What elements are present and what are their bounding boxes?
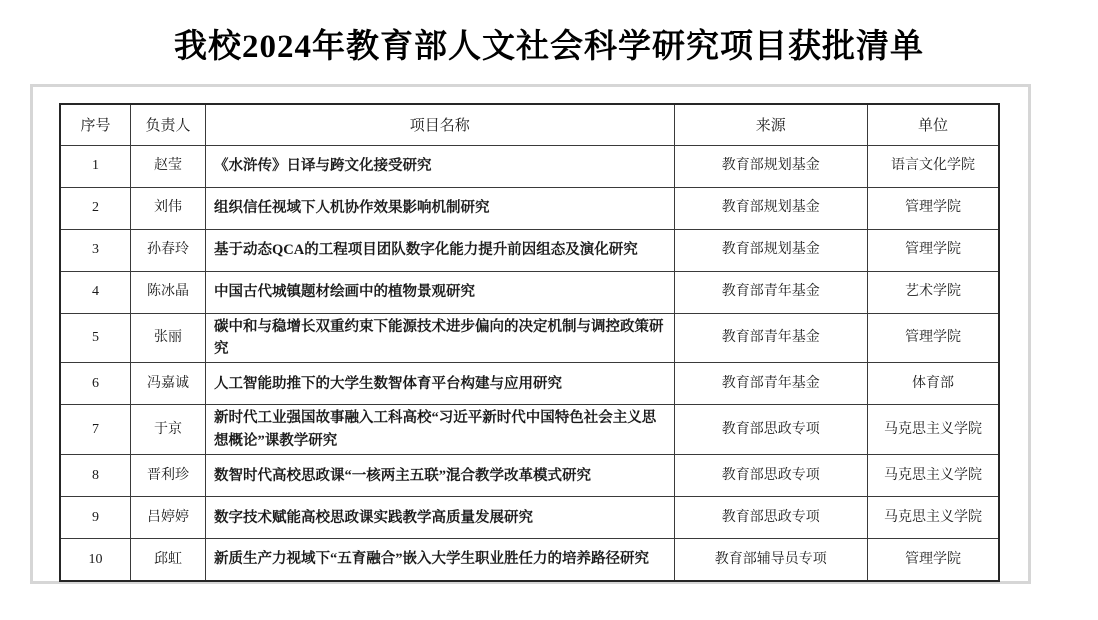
table-body: 1 赵莹 《水浒传》日译与跨文化接受研究 教育部规划基金 语言文化学院 2 刘伟… <box>60 145 999 581</box>
cell-row-number: 3 <box>60 229 130 271</box>
cell-row-number: 8 <box>60 455 130 497</box>
table-row: 8 晋利珍 数智时代高校思政课“一核两主五联”混合教学改革模式研究 教育部思政专… <box>60 455 999 497</box>
cell-funding-source: 教育部辅导员专项 <box>674 539 867 581</box>
cell-leader-name: 晋利珍 <box>130 455 205 497</box>
cell-project-title: 《水浒传》日译与跨文化接受研究 <box>206 145 675 187</box>
cell-project-title: 碳中和与稳增长双重约束下能源技术进步偏向的决定机制与调控政策研究 <box>206 313 675 363</box>
table-row: 10 邱虹 新质生产力视域下“五育融合”嵌入大学生职业胜任力的培养路径研究 教育… <box>60 539 999 581</box>
cell-row-number: 5 <box>60 313 130 363</box>
cell-project-title: 中国古代城镇题材绘画中的植物景观研究 <box>206 271 675 313</box>
page-title: 我校2024年教育部人文社会科学研究项目获批清单 <box>0 20 1098 67</box>
cell-unit-name: 管理学院 <box>868 229 999 271</box>
cell-funding-source: 教育部青年基金 <box>674 363 867 405</box>
column-header-project: 项目名称 <box>206 104 675 145</box>
cell-unit-name: 管理学院 <box>868 187 999 229</box>
cell-row-number: 2 <box>60 187 130 229</box>
column-header-leader: 负责人 <box>130 104 205 145</box>
column-header-unit: 单位 <box>868 104 999 145</box>
cell-project-title: 人工智能助推下的大学生数智体育平台构建与应用研究 <box>206 363 675 405</box>
cell-project-title: 组织信任视域下人机协作效果影响机制研究 <box>206 187 675 229</box>
cell-row-number: 9 <box>60 497 130 539</box>
cell-leader-name: 陈冰晶 <box>130 271 205 313</box>
cell-leader-name: 刘伟 <box>130 187 205 229</box>
cell-leader-name: 张丽 <box>130 313 205 363</box>
table-row: 4 陈冰晶 中国古代城镇题材绘画中的植物景观研究 教育部青年基金 艺术学院 <box>60 271 999 313</box>
cell-leader-name: 冯嘉诚 <box>130 363 205 405</box>
cell-funding-source: 教育部规划基金 <box>674 145 867 187</box>
table-row: 6 冯嘉诚 人工智能助推下的大学生数智体育平台构建与应用研究 教育部青年基金 体… <box>60 363 999 405</box>
table-row: 7 于京 新时代工业强国故事融入工科高校“习近平新时代中国特色社会主义思想概论”… <box>60 405 999 455</box>
table-row: 3 孙春玲 基于动态QCA的工程项目团队数字化能力提升前因组态及演化研究 教育部… <box>60 229 999 271</box>
table-row: 9 吕婷婷 数字技术赋能高校思政课实践教学高质量发展研究 教育部思政专项 马克思… <box>60 497 999 539</box>
table-row: 2 刘伟 组织信任视域下人机协作效果影响机制研究 教育部规划基金 管理学院 <box>60 187 999 229</box>
cell-leader-name: 邱虹 <box>130 539 205 581</box>
column-header-source: 来源 <box>674 104 867 145</box>
cell-leader-name: 于京 <box>130 405 205 455</box>
cell-unit-name: 马克思主义学院 <box>868 405 999 455</box>
cell-unit-name: 马克思主义学院 <box>868 455 999 497</box>
table-header-row: 序号 负责人 项目名称 来源 单位 <box>60 104 999 145</box>
content-frame: 序号 负责人 项目名称 来源 单位 1 赵莹 《水浒传》日译与跨文化接受研究 教… <box>30 84 1031 584</box>
cell-unit-name: 马克思主义学院 <box>868 497 999 539</box>
cell-funding-source: 教育部青年基金 <box>674 271 867 313</box>
cell-funding-source: 教育部规划基金 <box>674 229 867 271</box>
cell-funding-source: 教育部思政专项 <box>674 497 867 539</box>
cell-row-number: 6 <box>60 363 130 405</box>
cell-row-number: 10 <box>60 539 130 581</box>
cell-unit-name: 语言文化学院 <box>868 145 999 187</box>
cell-leader-name: 赵莹 <box>130 145 205 187</box>
cell-project-title: 基于动态QCA的工程项目团队数字化能力提升前因组态及演化研究 <box>206 229 675 271</box>
cell-unit-name: 体育部 <box>868 363 999 405</box>
cell-project-title: 数字技术赋能高校思政课实践教学高质量发展研究 <box>206 497 675 539</box>
projects-table: 序号 负责人 项目名称 来源 单位 1 赵莹 《水浒传》日译与跨文化接受研究 教… <box>59 103 1000 582</box>
cell-project-title: 数智时代高校思政课“一核两主五联”混合教学改革模式研究 <box>206 455 675 497</box>
cell-project-title: 新质生产力视域下“五育融合”嵌入大学生职业胜任力的培养路径研究 <box>206 539 675 581</box>
table-row: 1 赵莹 《水浒传》日译与跨文化接受研究 教育部规划基金 语言文化学院 <box>60 145 999 187</box>
cell-leader-name: 孙春玲 <box>130 229 205 271</box>
cell-unit-name: 管理学院 <box>868 539 999 581</box>
cell-project-title: 新时代工业强国故事融入工科高校“习近平新时代中国特色社会主义思想概论”课教学研究 <box>206 405 675 455</box>
cell-leader-name: 吕婷婷 <box>130 497 205 539</box>
cell-row-number: 1 <box>60 145 130 187</box>
cell-unit-name: 艺术学院 <box>868 271 999 313</box>
cell-funding-source: 教育部思政专项 <box>674 455 867 497</box>
cell-funding-source: 教育部思政专项 <box>674 405 867 455</box>
table-row: 5 张丽 碳中和与稳增长双重约束下能源技术进步偏向的决定机制与调控政策研究 教育… <box>60 313 999 363</box>
cell-funding-source: 教育部规划基金 <box>674 187 867 229</box>
cell-row-number: 4 <box>60 271 130 313</box>
cell-row-number: 7 <box>60 405 130 455</box>
cell-unit-name: 管理学院 <box>868 313 999 363</box>
column-header-no: 序号 <box>60 104 130 145</box>
cell-funding-source: 教育部青年基金 <box>674 313 867 363</box>
